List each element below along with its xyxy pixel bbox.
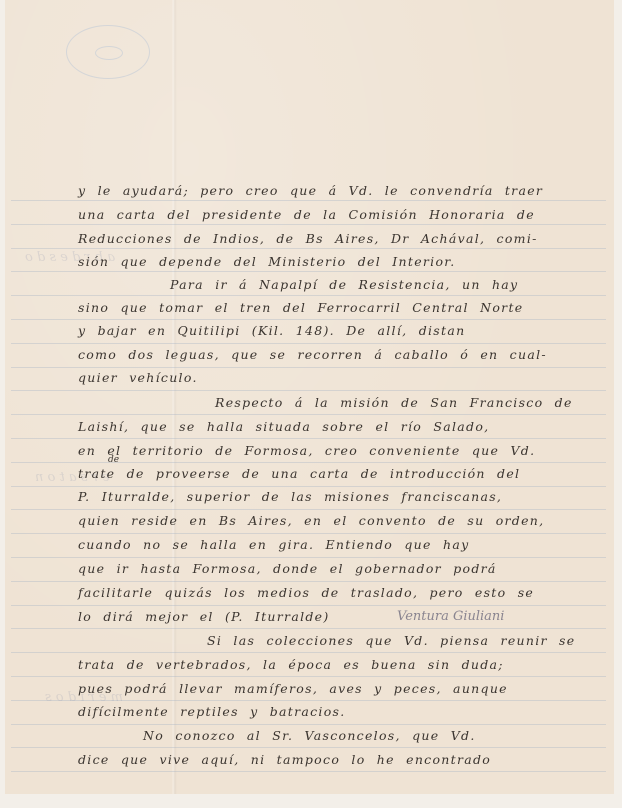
letter-line: pues podrá llevar mamíferos, aves y pece… <box>78 681 508 696</box>
ruled-line <box>11 367 606 368</box>
letter-line: quien reside en Bs Aires, en el convento… <box>78 513 544 528</box>
letter-line: Laishí, que se halla situada sobre el rí… <box>78 419 489 434</box>
ruled-line <box>11 295 606 296</box>
letter-line: una carta del presidente de la Comisión … <box>78 207 535 222</box>
ruled-line <box>11 462 606 463</box>
letter-line: cuando no se halla en gira. Entiendo que… <box>78 537 469 552</box>
letter-line: Respecto á la misión de San Francisco de <box>215 395 573 410</box>
letter-line: lo dirá mejor el (P. Iturralde) <box>78 609 330 624</box>
ruled-line <box>11 605 606 606</box>
ruled-line <box>11 652 606 653</box>
letter-line: Reducciones de Indios, de Bs Aires, Dr A… <box>78 231 538 246</box>
ruled-line <box>11 414 606 415</box>
ruled-line <box>11 533 606 534</box>
letter-line: difícilmente reptiles y batracios. <box>78 704 346 719</box>
ruled-line <box>11 509 606 510</box>
ruled-line <box>11 200 606 201</box>
ruled-line <box>11 557 606 558</box>
letter-line: facilitarle quizás los medios de traslad… <box>78 585 534 600</box>
letter-line: quier vehículo. <box>78 370 198 385</box>
ruled-line <box>11 343 606 344</box>
ruled-line <box>11 224 606 225</box>
letter-line: No conozco al Sr. Vasconcelos, que Vd. <box>143 728 476 743</box>
letter-line: Para ir á Napalpí de Resistencia, un hay <box>170 277 518 292</box>
letter-line: sión que depende del Ministerio del Inte… <box>78 254 455 269</box>
ruled-line <box>11 724 606 725</box>
interlinear-insertion: de <box>108 455 119 465</box>
ruled-line <box>11 581 606 582</box>
letter-line: sino que tomar el tren del Ferrocarril C… <box>78 300 523 315</box>
letter-line: en el territorio de Formosa, creo conven… <box>78 443 535 458</box>
ruled-line <box>11 390 606 391</box>
pencil-annotation: Ventura Giuliani <box>397 609 504 624</box>
letter-line: trate de proveerse de una carta de intro… <box>78 466 520 481</box>
letter-line: y le ayudará; pero creo que á Vd. le con… <box>78 183 543 198</box>
letter-line: trata de vertebrados, la época es buena … <box>78 657 504 672</box>
letter-line: Si las colecciones que Vd. piensa reunir… <box>207 633 575 648</box>
ruled-line <box>11 676 606 677</box>
ruled-line <box>11 771 606 772</box>
ruled-line <box>11 486 606 487</box>
ruled-line <box>11 319 606 320</box>
ruled-line <box>11 628 606 629</box>
ruled-line <box>11 747 606 748</box>
letter-line: y bajar en Quitilipi (Kil. 148). De allí… <box>78 323 465 338</box>
ruled-line <box>11 248 606 249</box>
letter-line: que ir hasta Formosa, donde el gobernado… <box>78 561 497 576</box>
ruled-line <box>11 438 606 439</box>
letter-line: dice que vive aquí, ni tampoco lo he enc… <box>78 752 491 767</box>
letter-line: como dos leguas, que se recorren á cabal… <box>78 347 547 362</box>
letter-line: P. Iturralde, superior de las misiones f… <box>78 489 502 504</box>
ruled-line <box>11 271 606 272</box>
